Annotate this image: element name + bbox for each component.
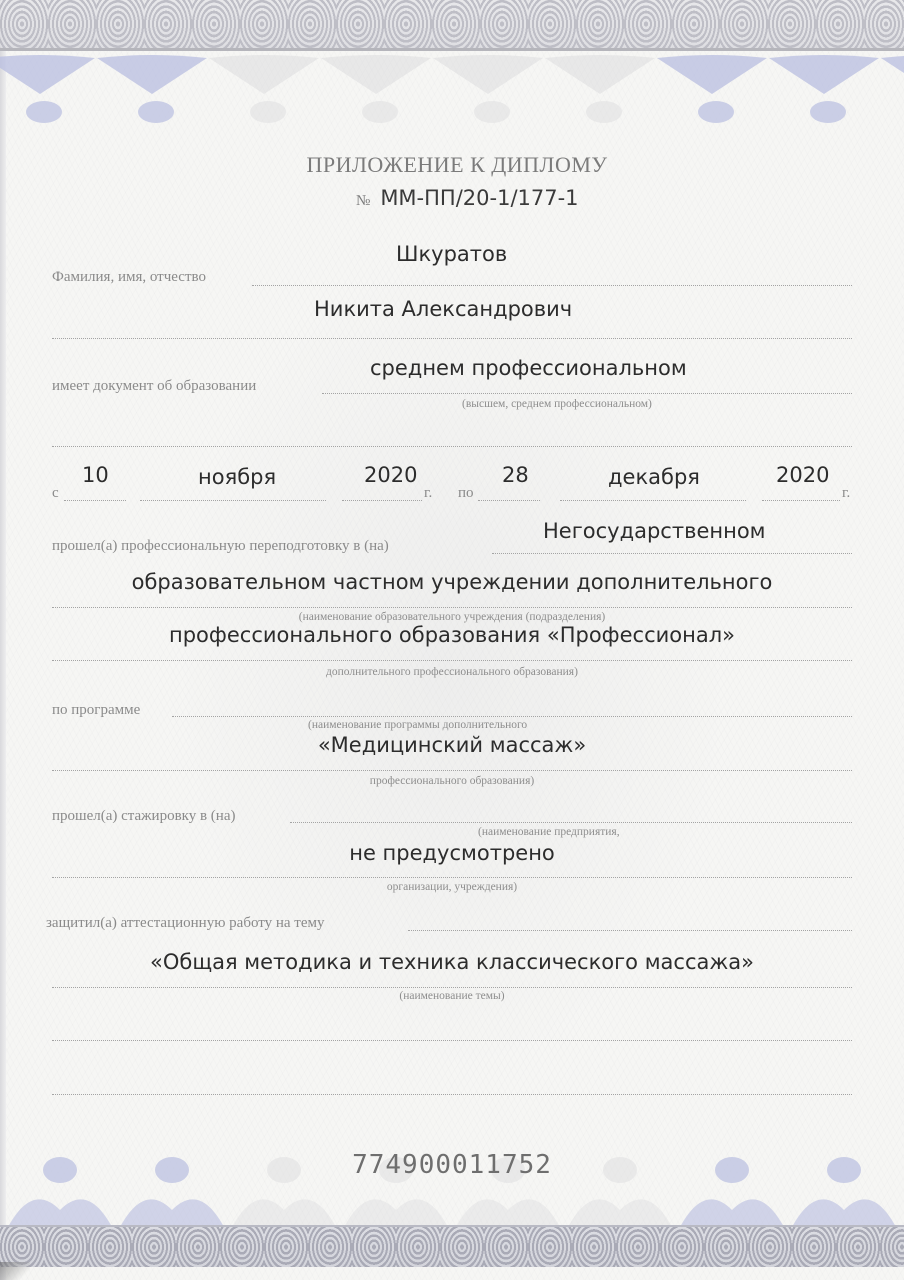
- education-hint: (высшем, среднем профессиональном): [462, 398, 652, 410]
- blank-line-3: [52, 1094, 852, 1095]
- from-year-value: 2020: [364, 463, 417, 487]
- internship-value-line: [52, 877, 852, 878]
- retraining-line: [492, 553, 852, 554]
- program-value-line: [52, 770, 852, 771]
- program-line: [172, 716, 852, 717]
- document-title: ПРИЛОЖЕНИЕ К ДИПЛОМУ: [0, 152, 904, 178]
- to-label: по: [458, 485, 474, 502]
- internship-label: прошел(а) стажировку в (на): [52, 808, 235, 825]
- to-year-value: 2020: [776, 463, 829, 487]
- surname-line: [252, 285, 852, 286]
- institution-line3-value: профессионального образования «Профессио…: [0, 623, 904, 647]
- thesis-line: [408, 930, 852, 931]
- to-month-value: декабря: [608, 465, 700, 489]
- from-month-value: ноября: [198, 465, 276, 489]
- top-band-rule: [0, 48, 904, 51]
- thesis-hint: (наименование темы): [0, 990, 904, 1002]
- institution-line3-rule: [52, 660, 852, 661]
- to-month-line: [560, 500, 746, 501]
- surname-value: Шкуратов: [396, 242, 507, 266]
- institution-hint-2: дополнительного профессионального образо…: [0, 666, 904, 678]
- year-suffix-1: г.: [424, 485, 432, 502]
- thesis-value-line: [52, 987, 852, 988]
- to-year-line: [762, 500, 840, 501]
- education-level-value: среднем профессиональном: [370, 356, 687, 380]
- scan-corner-shadow: [0, 1262, 30, 1280]
- institution-line1-value: Негосударственном: [543, 519, 766, 543]
- from-label: с: [52, 485, 59, 502]
- serial-number: 774900011752: [0, 1150, 904, 1180]
- top-guilloche-band: [0, 0, 904, 48]
- year-suffix-2: г.: [842, 485, 850, 502]
- number-sign: №: [356, 193, 370, 210]
- program-value: «Медицинский массаж»: [0, 733, 904, 757]
- retraining-label: прошел(а) профессиональную переподготовк…: [52, 538, 389, 555]
- internship-hint-2: организации, учреждения): [0, 881, 904, 893]
- internship-line: [290, 822, 852, 823]
- thesis-label: защитил(а) аттестационную работу на тему: [46, 915, 325, 932]
- institution-hint: (наименование образовательного учреждени…: [0, 611, 904, 623]
- to-day-line: [478, 500, 540, 501]
- program-label: по программе: [52, 702, 140, 719]
- from-year-line: [342, 500, 422, 501]
- program-hint: (наименование программы дополнительного: [308, 719, 527, 731]
- document-number: № ММ-ПП/20-1/177-1: [356, 186, 579, 210]
- institution-line2-rule: [52, 607, 852, 608]
- blank-line-2: [52, 1040, 852, 1041]
- to-day-value: 28: [502, 463, 529, 487]
- diploma-supplement-page: ПРИЛОЖЕНИЕ К ДИПЛОМУ № ММ-ПП/20-1/177-1 …: [0, 0, 904, 1280]
- given-names-line: [52, 338, 852, 339]
- education-line: [322, 393, 852, 394]
- from-day-value: 10: [82, 463, 109, 487]
- document-number-value: ММ-ПП/20-1/177-1: [380, 186, 578, 210]
- internship-value: не предусмотрено: [0, 841, 904, 865]
- bottom-guilloche-band: [0, 1227, 904, 1267]
- from-month-line: [140, 500, 326, 501]
- education-label: имеет документ об образовании: [52, 378, 256, 395]
- thesis-value: «Общая методика и техника классического …: [0, 950, 904, 974]
- program-hint-2: профессионального образования): [0, 775, 904, 787]
- top-scallop-ornament: [0, 52, 904, 132]
- blank-line: [52, 446, 852, 447]
- internship-hint: (наименование предприятия,: [478, 826, 620, 838]
- given-names-value: Никита Александрович: [314, 297, 572, 321]
- from-day-line: [64, 500, 126, 501]
- full-name-label: Фамилия, имя, отчество: [52, 269, 206, 286]
- institution-line2-value: образовательном частном учреждении допол…: [0, 570, 904, 594]
